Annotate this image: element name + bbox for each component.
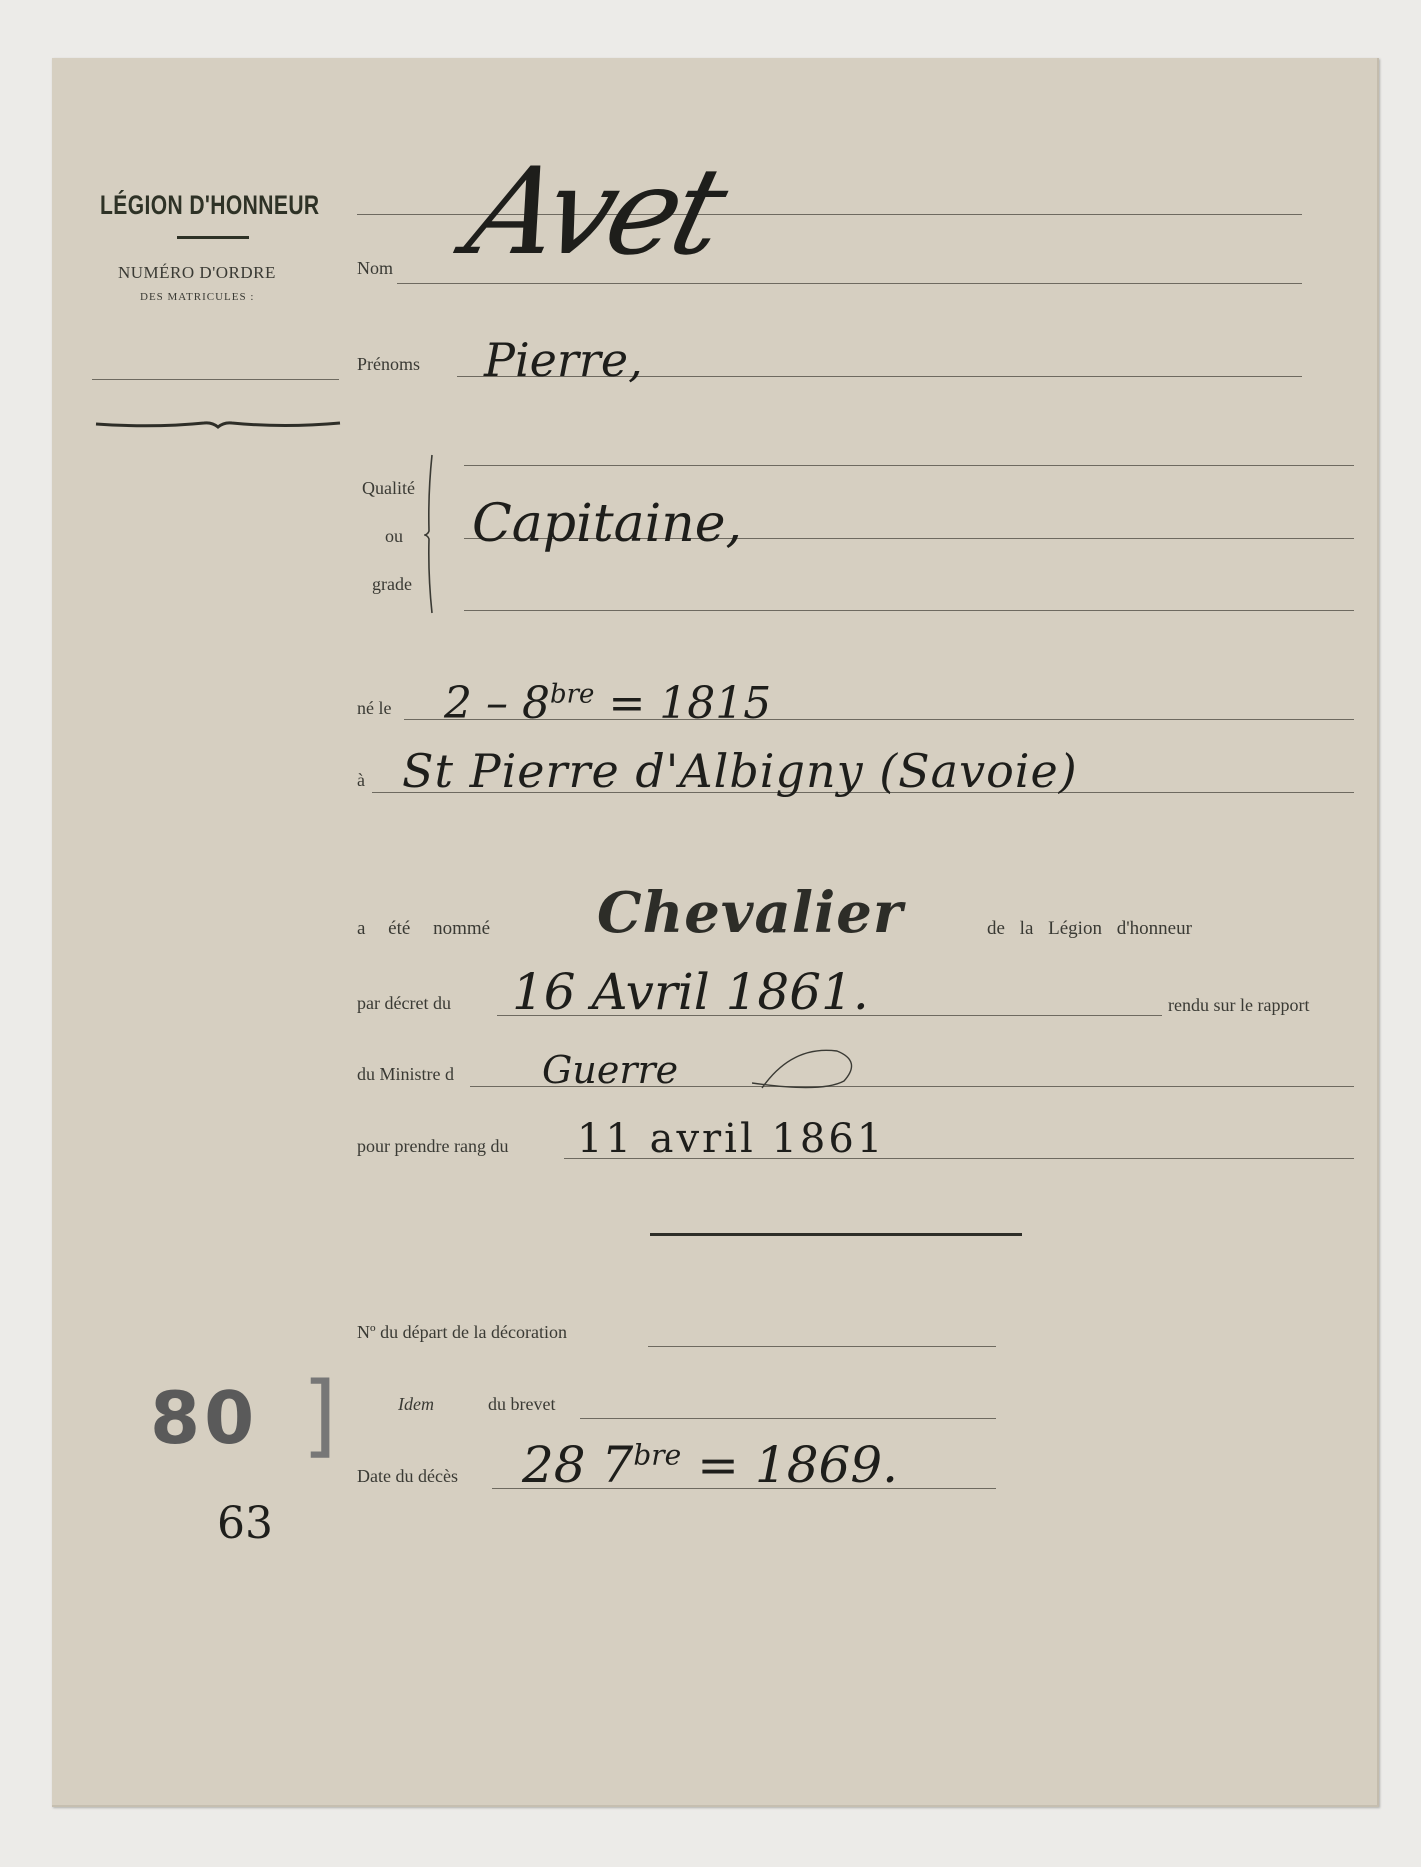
birth-date-value[interactable]: 2 – 8bre = 1815 (444, 678, 771, 729)
death-month-superscript: bre (633, 1438, 681, 1471)
brevet-idem-label: Idem (398, 1394, 434, 1415)
flourish-icon (752, 1043, 862, 1103)
qualite-label: Qualité (362, 478, 415, 499)
rang-value[interactable]: 11 avril 1861 (577, 1116, 885, 1162)
depart-label: Nº du départ de la décoration (357, 1322, 567, 1343)
rank-chevalier: Chevalier (597, 880, 903, 946)
nom-line (397, 283, 1302, 284)
ne-le-label: né le (357, 698, 391, 719)
depart-line[interactable] (648, 1346, 996, 1347)
stamp-number: 80 (150, 1376, 258, 1460)
death-year: = 1869. (697, 1436, 898, 1494)
prenoms-label: Prénoms (357, 354, 420, 375)
ministre-label: du Ministre d (357, 1064, 454, 1085)
ornamental-divider-icon (94, 418, 342, 430)
qualite-value[interactable]: Capitaine, (472, 494, 742, 554)
lieu-label: à (357, 770, 365, 791)
rang-label: pour prendre rang du (357, 1136, 508, 1157)
qualite-line-bottom (464, 610, 1354, 611)
nom-value[interactable]: Avet (457, 153, 732, 273)
title-underline (177, 236, 249, 239)
brevet-label: du brevet (488, 1394, 555, 1415)
qualite-line-top (464, 465, 1354, 466)
deces-label: Date du décès (357, 1466, 458, 1487)
handwritten-number: 63 (217, 1498, 273, 1549)
decret-value[interactable]: 16 Avril 1861. (512, 963, 869, 1021)
nomination-suffix: de la Légion d'honneur (987, 918, 1192, 940)
grade-label: grade (372, 574, 412, 595)
death-date-value[interactable]: 28 7bre = 1869. (522, 1436, 898, 1494)
birth-day-month: 2 – 8 (444, 678, 550, 729)
decret-label: par décret du (357, 993, 451, 1014)
nom-label: Nom (357, 258, 393, 279)
nomination-prefix: a été nommé (357, 918, 490, 940)
order-number-line (92, 379, 339, 380)
ou-label: ou (385, 526, 403, 547)
legion-honneur-title: LÉGION D'HONNEUR (100, 190, 320, 221)
birth-place-value[interactable]: St Pierre d'Albigny (Savoie) (402, 744, 1078, 798)
brace-icon (424, 453, 438, 615)
prenoms-value[interactable]: Pierre, (484, 333, 643, 387)
stamp-bracket: ] (302, 1363, 337, 1468)
ministre-value[interactable]: Guerre (542, 1048, 678, 1092)
birth-month-superscript: bre (550, 679, 594, 709)
death-day-month: 28 7 (522, 1436, 633, 1494)
document-sheet: LÉGION D'HONNEUR NUMÉRO D'ORDRE DES MATR… (52, 58, 1379, 1807)
order-number-label: NUMÉRO D'ORDRE (118, 263, 276, 283)
brevet-line[interactable] (580, 1418, 996, 1419)
birth-year: = 1815 (608, 678, 771, 729)
decret-suffix: rendu sur le rapport (1168, 995, 1309, 1016)
registry-label: DES MATRICULES : (140, 291, 254, 303)
section-divider (650, 1233, 1022, 1236)
